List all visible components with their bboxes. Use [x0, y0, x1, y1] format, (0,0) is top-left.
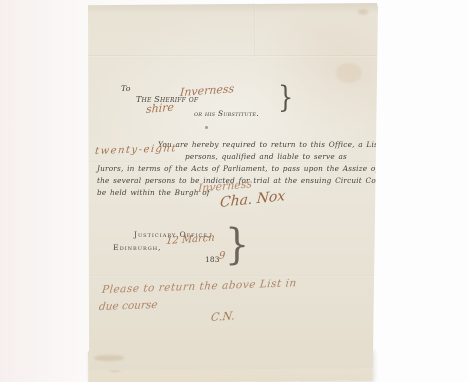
body-line-5: be held within the Burgh of [97, 188, 210, 197]
note-line-2: due course [98, 299, 158, 313]
handwritten-shire: shire [146, 101, 175, 117]
stain [358, 9, 368, 15]
handwritten-number: twenty-eight [94, 143, 177, 157]
salutation: To [121, 84, 131, 93]
office-city: Edinburgh, [113, 243, 162, 252]
body-line-3: Jurors, in terms of the Acts of Parliame… [97, 164, 378, 173]
handwritten-date: 12 March [166, 233, 216, 247]
body-line-2: persons, qualified and liable to serve a… [185, 152, 347, 161]
printers-mark [205, 126, 208, 129]
fold-crease [88, 55, 378, 58]
photo-stage: To The Sheriff of Inverness shire or his… [0, 0, 468, 382]
document-page: To The Sheriff of Inverness shire or his… [88, 3, 378, 371]
date-brace: } [225, 223, 249, 265]
note-initials: C.N. [210, 309, 235, 324]
note-line-1: Please to return the above List in [101, 277, 297, 296]
handwritten-place: Inverness [180, 82, 235, 99]
address-brace: } [278, 82, 293, 112]
stain [94, 355, 124, 361]
fold-crease [88, 275, 378, 278]
address-printed-substitute: or his Substitute. [194, 109, 259, 118]
body-line-1: You are hereby required to return to thi… [158, 140, 392, 149]
fold-crease [254, 3, 256, 57]
stain [336, 63, 362, 83]
printed-year: 183 [205, 255, 220, 264]
